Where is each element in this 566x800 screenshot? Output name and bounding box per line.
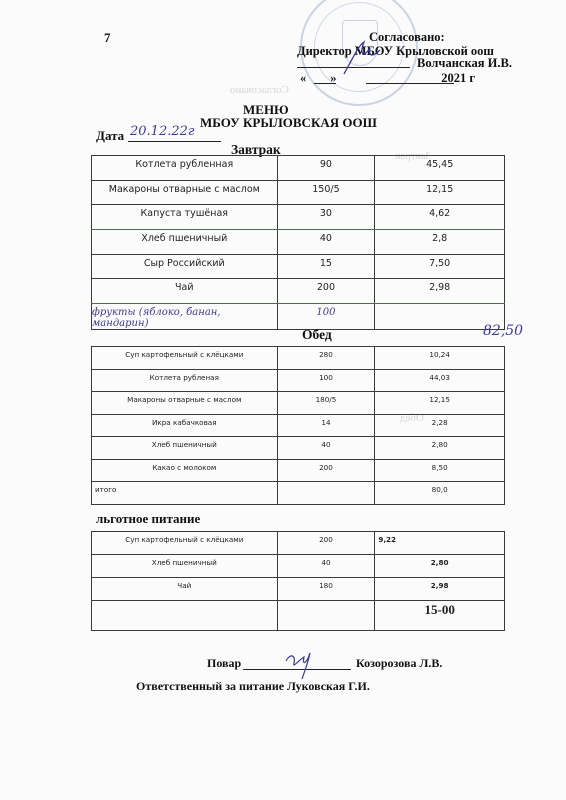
item-price: 10,24 <box>375 347 505 370</box>
item-price: 12,15 <box>375 392 505 415</box>
item-price: 7,50 <box>375 254 505 279</box>
section-benefit-title: льготное питание <box>96 511 200 527</box>
table-row: Капуста тушёная304,62 <box>92 205 505 230</box>
total-quantity <box>277 482 375 505</box>
item-price: 12,15 <box>375 180 505 205</box>
cook-signature-icon <box>280 645 320 681</box>
table-row: Суп картофельный с клёцками28010,24 <box>92 347 505 370</box>
benefit-table: Суп картофельный с клёцками2009,22Хлеб п… <box>91 531 505 631</box>
breakfast-table: Котлета рубленная9045,45Макароны отварны… <box>91 155 505 330</box>
item-name: фрукты (яблоко, банан, мандарин) <box>92 304 278 330</box>
table-row: Чай2002,98 <box>92 279 505 304</box>
total-label <box>92 601 278 631</box>
item-quantity: 200 <box>277 532 375 555</box>
total-row: 15-00 <box>92 601 505 631</box>
item-quantity: 150/5 <box>277 180 375 205</box>
item-name: Котлета рубленая <box>92 369 278 392</box>
item-name: Чай <box>92 578 278 601</box>
table-row: Макароны отварные с маслом180/512,15 <box>92 392 505 415</box>
item-price: 2,98 <box>375 578 505 601</box>
cook-name: Козорозова Л.В. <box>356 656 442 671</box>
item-name: Какао с молоком <box>92 459 278 482</box>
item-price: 4,62 <box>375 205 505 230</box>
page-number: 7 <box>104 30 111 46</box>
item-quantity: 90 <box>277 156 375 181</box>
item-name: Суп картофельный с клёцками <box>92 347 278 370</box>
item-price: 2,80 <box>375 437 505 460</box>
item-name: Сыр Российский <box>92 254 278 279</box>
item-name: Хлеб пшеничный <box>92 230 278 255</box>
table-row: Хлеб пшеничный402,80 <box>92 555 505 578</box>
item-quantity: 200 <box>277 459 375 482</box>
item-quantity: 30 <box>277 205 375 230</box>
item-price: 9,22 <box>375 532 505 555</box>
table-row: Котлета рубленая10044,03 <box>92 369 505 392</box>
item-name: Капуста тушёная <box>92 205 278 230</box>
date-label: Дата <box>96 128 124 144</box>
item-name: Суп картофельный с клёцками <box>92 532 278 555</box>
total-quantity <box>277 601 375 631</box>
table-row: Суп картофельный с клёцками2009,22 <box>92 532 505 555</box>
item-quantity: 40 <box>277 437 375 460</box>
responsible-label: Ответственный за питание <box>136 679 284 694</box>
item-name: Котлета рубленная <box>92 156 278 181</box>
item-quantity: 100 <box>277 369 375 392</box>
table-row: Какао с молоком2008,50 <box>92 459 505 482</box>
item-quantity: 14 <box>277 414 375 437</box>
table-row: Макароны отварные с маслом150/512,15 <box>92 180 505 205</box>
section-lunch-title: Обед <box>302 327 332 343</box>
item-quantity: 40 <box>277 555 375 578</box>
item-price: 8,50 <box>375 459 505 482</box>
item-name: Чай <box>92 279 278 304</box>
table-row: Хлеб пшеничный402,8 <box>92 230 505 255</box>
total-row: итого80,0 <box>92 482 505 505</box>
item-name: Макароны отварные с маслом <box>92 392 278 415</box>
school-name: МБОУ КРЫЛОВСКАЯ ООШ <box>200 115 377 131</box>
item-price: 45,45 <box>375 156 505 181</box>
item-price: 2,98 <box>375 279 505 304</box>
cook-label: Повар <box>207 656 241 671</box>
item-quantity: 180 <box>277 578 375 601</box>
item-name: Макароны отварные с маслом <box>92 180 278 205</box>
table-row: Сыр Российский157,50 <box>92 254 505 279</box>
date-day-line <box>314 83 336 84</box>
item-quantity: 200 <box>277 279 375 304</box>
item-price: 2,80 <box>375 555 505 578</box>
table-row: фрукты (яблоко, банан, мандарин)100 <box>92 304 505 330</box>
director-name: Волчанская И.В. <box>417 56 512 71</box>
item-quantity: 15 <box>277 254 375 279</box>
bleed-through-text: Согласовано <box>230 84 289 96</box>
table-row: Чай1802,98 <box>92 578 505 601</box>
item-quantity: 280 <box>277 347 375 370</box>
total-price: 80,0 <box>375 482 505 505</box>
lunch-table: Суп картофельный с клёцками28010,24Котле… <box>91 346 505 505</box>
table-row: Икра кабачковая142,28 <box>92 414 505 437</box>
item-quantity: 180/5 <box>277 392 375 415</box>
item-quantity: 100 <box>277 304 375 330</box>
item-price: 44,03 <box>375 369 505 392</box>
total-label: итого <box>92 482 278 505</box>
item-name: Хлеб пшеничный <box>92 437 278 460</box>
item-price: 2,8 <box>375 230 505 255</box>
date-line <box>128 141 221 142</box>
responsible-name: Луковская Г.И. <box>287 679 370 694</box>
date-value: 20.12.22г <box>130 124 194 139</box>
table-row: Хлеб пшеничный402,80 <box>92 437 505 460</box>
item-name: Икра кабачковая <box>92 414 278 437</box>
total-price: 15-00 <box>375 601 505 631</box>
item-quantity: 40 <box>277 230 375 255</box>
item-name: Хлеб пшеничный <box>92 555 278 578</box>
approval-year: 2021 г <box>347 71 475 86</box>
table-row: Котлета рубленная9045,45 <box>92 156 505 181</box>
breakfast-handwritten-total: 82,50 <box>483 323 523 339</box>
item-price: 2,28 <box>375 414 505 437</box>
